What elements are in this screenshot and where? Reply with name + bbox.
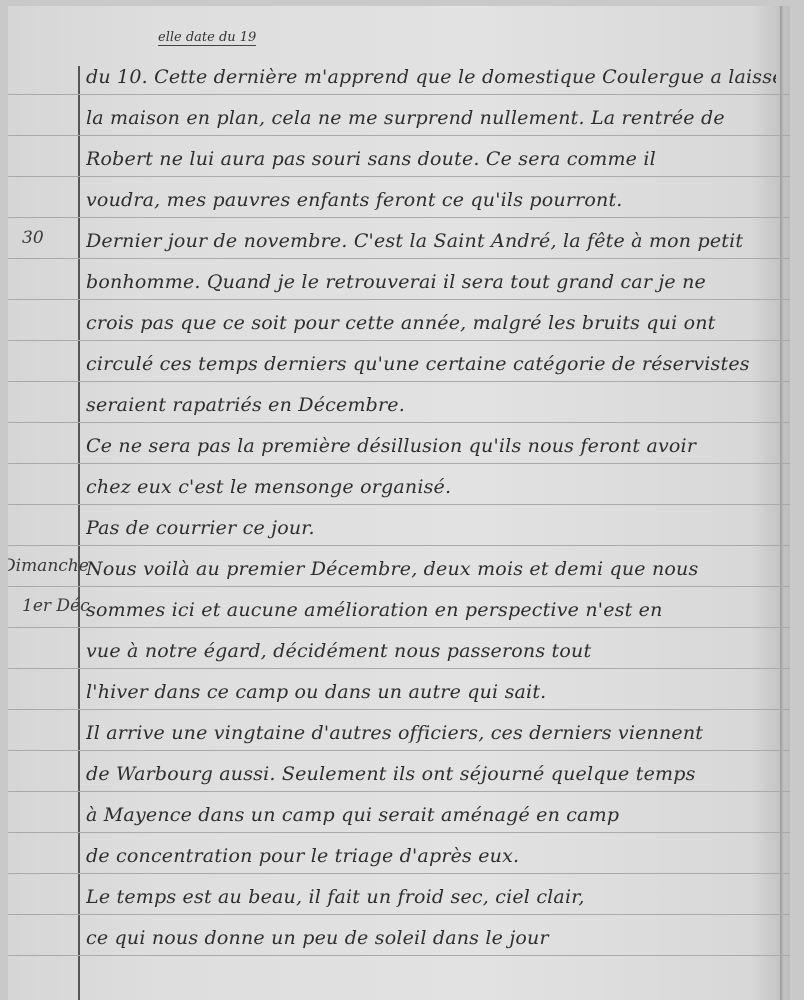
- book-spine: [780, 6, 784, 1000]
- text-line: voudra, mes pauvres enfants feront ce qu…: [86, 189, 776, 229]
- text-line: de concentration pour le triage d'après …: [86, 845, 776, 885]
- text-line: chez eux c'est le mensonge organisé.: [86, 476, 776, 516]
- margin-1er-dec: 1er Déc: [22, 596, 82, 616]
- margin-dimanche: Dimanche: [8, 556, 62, 576]
- inserted-note: elle date du 19: [158, 30, 256, 46]
- text-line: seraient rapatriés en Décembre.: [86, 394, 776, 434]
- text-line: vue à notre égard, décidément nous passe…: [86, 640, 776, 680]
- margin-date-30: 30: [22, 228, 82, 248]
- text-line: Nous voilà au premier Décembre, deux moi…: [86, 558, 776, 598]
- text-line: ce qui nous donne un peu de soleil dans …: [86, 927, 776, 967]
- diary-page: elle date du 19 30 Dimanche 1er Déc du 1…: [8, 6, 790, 1000]
- text-line: l'hiver dans ce camp ou dans un autre qu…: [86, 681, 776, 721]
- text-line: Ce ne sera pas la première désillusion q…: [86, 435, 776, 475]
- text-line: Pas de courrier ce jour.: [86, 517, 776, 557]
- text-line: bonhomme. Quand je le retrouverai il ser…: [86, 271, 776, 311]
- text-line: la maison en plan, cela ne me surprend n…: [86, 107, 776, 147]
- text-line: sommes ici et aucune amélioration en per…: [86, 599, 776, 639]
- text-line: Dernier jour de novembre. C'est la Saint…: [86, 230, 776, 270]
- margin-line: [78, 66, 80, 1000]
- text-line: Robert ne lui aura pas souri sans doute.…: [86, 148, 776, 188]
- text-line: du 10. Cette dernière m'apprend que le d…: [86, 66, 776, 106]
- text-line: circulé ces temps derniers qu'une certai…: [86, 353, 776, 393]
- text-line: de Warbourg aussi. Seulement ils ont séj…: [86, 763, 776, 803]
- text-line: Le temps est au beau, il fait un froid s…: [86, 886, 776, 926]
- text-line: crois pas que ce soit pour cette année, …: [86, 312, 776, 352]
- text-line: à Mayence dans un camp qui serait aménag…: [86, 804, 776, 844]
- text-line: Il arrive une vingtaine d'autres officie…: [86, 722, 776, 762]
